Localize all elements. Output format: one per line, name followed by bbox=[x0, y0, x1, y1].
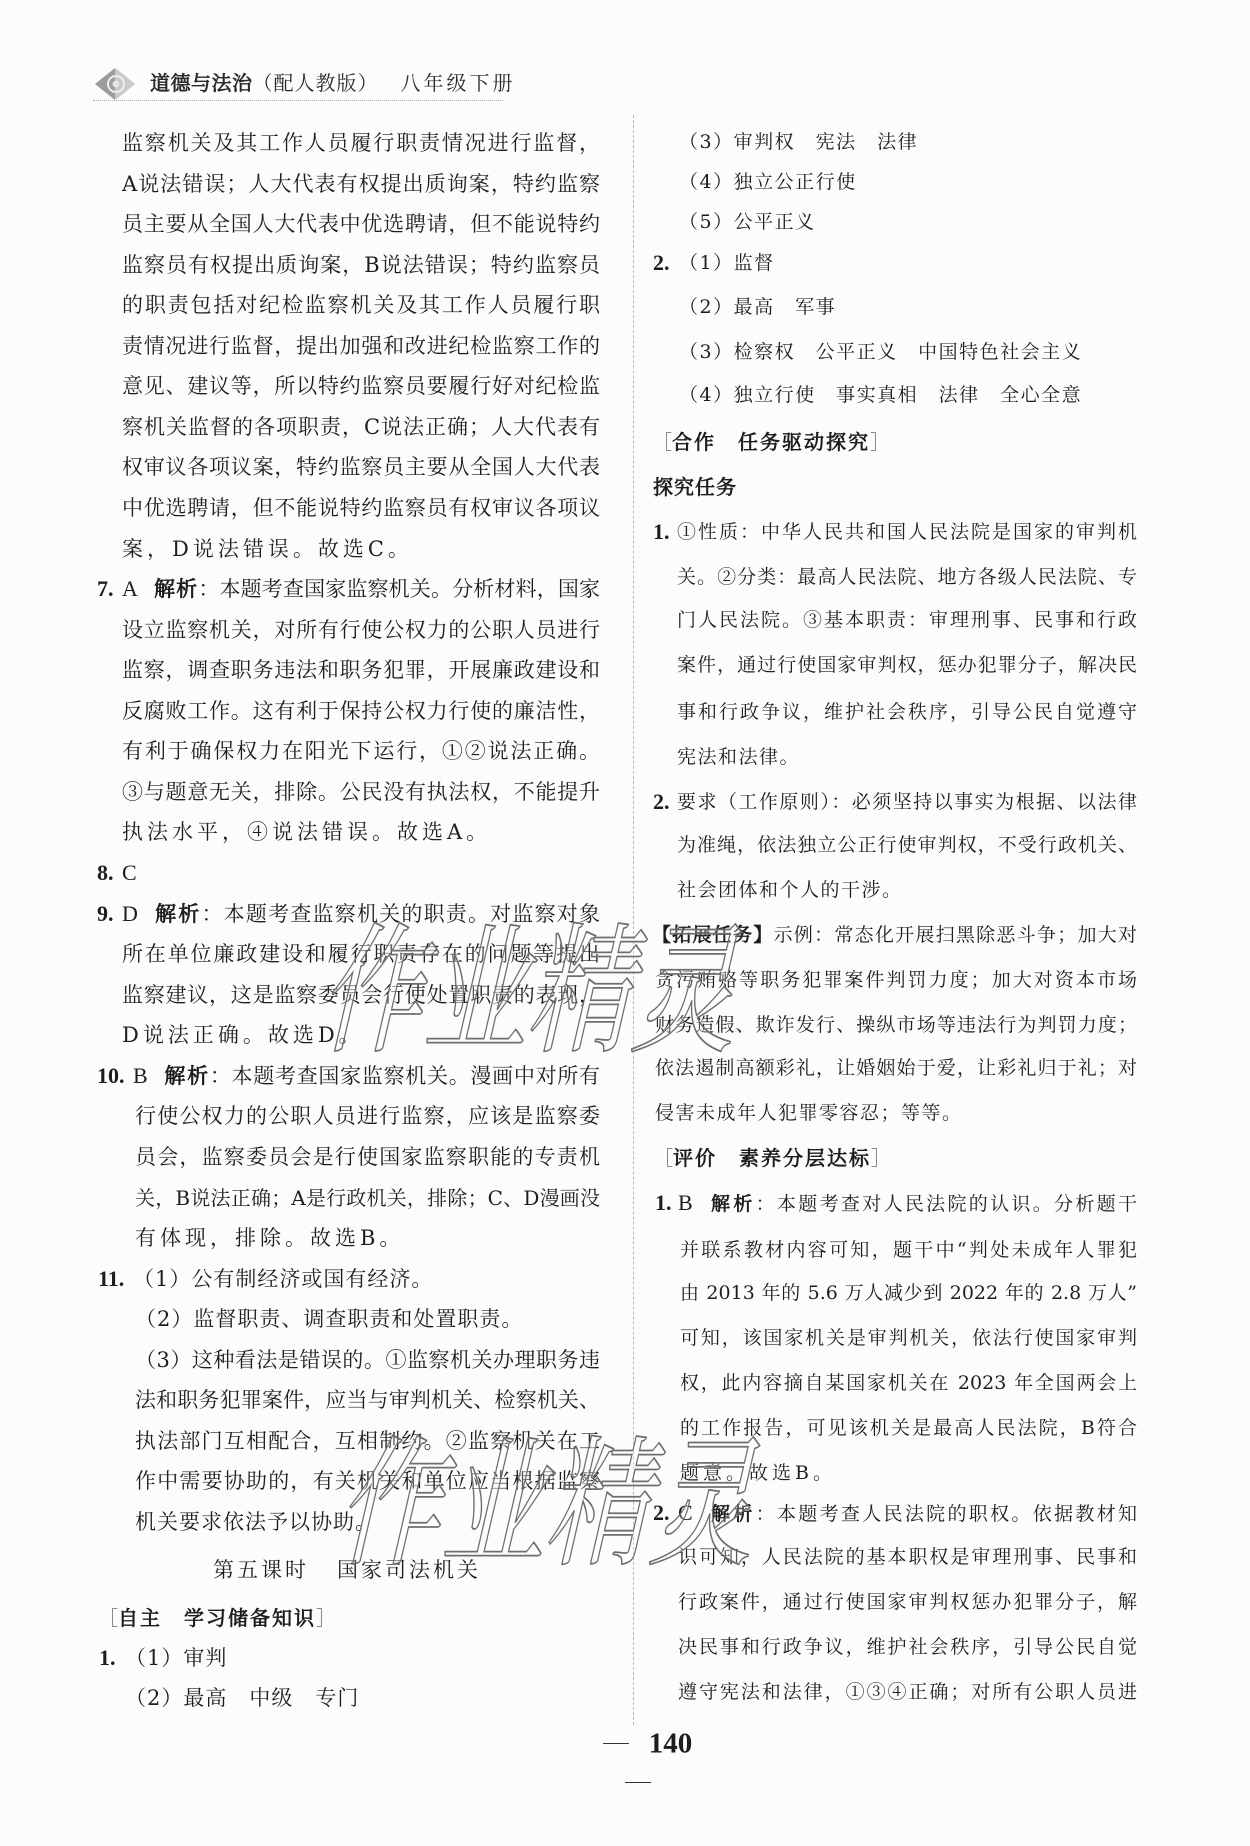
section-title: 素养分层达标 bbox=[739, 1146, 871, 1170]
answer-letter: C bbox=[678, 1500, 693, 1525]
analysis-label: 解析 bbox=[709, 1503, 756, 1525]
answer-letter: B bbox=[133, 1063, 148, 1088]
edition-label: （配人教版） bbox=[253, 71, 379, 95]
evaluate-answer-2-line: 识可知，人民法院的基本职权是审理刑事、民事和 bbox=[678, 1537, 1137, 1577]
section-tag: 合作 bbox=[672, 430, 716, 454]
q6-line: 员主要从全国人大代表中优选聘请，但不能说特约 bbox=[122, 204, 600, 244]
explore-answer-1: 1.①性质：中华人民共和国人民法院是国家的审判机 bbox=[677, 512, 1137, 552]
answer-10: 10.B解析：本题考查国家监察机关。漫画中对所有 bbox=[133, 1056, 600, 1096]
bracket-open: ［ bbox=[652, 430, 672, 454]
analysis-label: 解析 bbox=[164, 1064, 210, 1088]
answer-text: ：本题考查国家监察机关。漫画中对所有 bbox=[210, 1064, 600, 1088]
question-number: 2. bbox=[653, 1493, 670, 1533]
bracket-close: ］ bbox=[870, 430, 890, 454]
answer-2-knowledge-line: （4）独立行使 事实真相 法律 全心全意 bbox=[679, 375, 1137, 415]
answer-1-tail-line: （3）审判权 宪法 法律 bbox=[679, 122, 1137, 162]
section-title: 任务驱动探究 bbox=[738, 430, 870, 454]
q6-line: 监察机关及其工作人员履行职责情况进行监督， bbox=[122, 123, 600, 163]
explore-answer-1-line: 门人民法院。③基本职责：审理刑事、民事和行政 bbox=[677, 600, 1137, 640]
extension-task-line: 依法遏制高额彩礼，让婚姻始于爱，让彩礼归于礼；对 bbox=[655, 1048, 1137, 1088]
explore-answer-1-line: 事和行政争议，维护社会秩序，引导公民自觉遵守 bbox=[677, 692, 1137, 732]
answer-text: ①性质：中华人民共和国人民法院是国家的审判机 bbox=[677, 521, 1137, 543]
running-header: 道德与法治（配人教版）八年级下册 bbox=[93, 64, 503, 101]
evaluate-answer-2: 2.C解析：本题考查人民法院的职权。依据教材知 bbox=[678, 1493, 1137, 1533]
extension-task-line: 侵害未成年人犯罪零容忍；等等。 bbox=[655, 1093, 1137, 1133]
answer-text: ：本题考查人民法院的职权。依据教材知 bbox=[756, 1503, 1137, 1525]
evaluate-answer-1-line: 并联系教材内容可知，题干中“判处未成年人罪犯 bbox=[680, 1230, 1137, 1270]
explore-answer-2: 2.要求（工作原则）：必须坚持以事实为根据、以法律 bbox=[677, 782, 1137, 822]
answer-text: （1）监督 bbox=[679, 252, 775, 274]
answer-11-line: （2）监督职责、调查职责和处置职责。 bbox=[135, 1299, 600, 1339]
bracket-open: ［ bbox=[653, 1146, 673, 1170]
extension-task-line: 贪污贿赂等职务犯罪案件判罚力度；加大对资本市场 bbox=[655, 960, 1137, 1000]
answer-11-line: （3）这种看法是错误的。①监察机关办理职务违 bbox=[135, 1340, 600, 1380]
answer-letter: C bbox=[122, 860, 137, 885]
column-divider bbox=[633, 115, 634, 1725]
answer-7-line: 设立监察机关，对所有行使公权力的公职人员进行 bbox=[122, 610, 600, 650]
evaluate-answer-1-line: 题意。故选B。 bbox=[680, 1453, 1137, 1493]
explore-answer-2-line: 为准绳，依法独立公正行使审判权，不受行政机关、 bbox=[677, 825, 1137, 865]
q6-line: 权审议各项议案，特约监察员主要从全国人大代表 bbox=[122, 447, 600, 487]
answer-10-line: 行使公权力的公职人员进行监察，应该是监察委 bbox=[135, 1096, 600, 1136]
dash-right bbox=[625, 1782, 651, 1783]
evaluate-answer-2-line: 决民事和行政争议，维护社会秩序，引导公民自觉 bbox=[678, 1627, 1137, 1667]
extension-task-line: 财务造假、欺诈发行、操纵市场等违法行为判罚力度； bbox=[655, 1005, 1137, 1045]
diamond-logo-icon bbox=[95, 68, 135, 100]
analysis-label: 解析 bbox=[709, 1193, 756, 1215]
answer-11-line: 执法部门互相配合，互相制约。②监察机关在工 bbox=[135, 1421, 600, 1461]
lesson-title: 第五课时国家司法机关 bbox=[213, 1550, 513, 1590]
q6-line: 意见、建议等，所以特约监察员要履行好对纪检监 bbox=[122, 366, 600, 406]
explore-answer-1-line: 案件，通过行使国家审判权，惩办犯罪分子，解决民 bbox=[677, 645, 1137, 685]
evaluate-answer-2-line: 行政案件，通过行使国家审判权惩办犯罪分子，解 bbox=[678, 1582, 1137, 1622]
question-number: 11. bbox=[98, 1259, 124, 1299]
analysis-label: 解析 bbox=[154, 577, 198, 601]
grade-label: 八年级下册 bbox=[401, 71, 516, 95]
section-tag: 自主 bbox=[118, 1606, 162, 1630]
evaluate-answer-1-line: 权，此内容摘自某国家机关在 2023 年全国两会上 bbox=[680, 1363, 1137, 1403]
section-tag: 评价 bbox=[673, 1146, 717, 1170]
answer-text: ：本题考查监察机关的职责。对监察对象 bbox=[202, 902, 601, 926]
answer-11: 11.（1）公有制经济或国有经济。 bbox=[133, 1259, 600, 1299]
answer-9-line: D说法正确。故选D。 bbox=[122, 1015, 600, 1055]
explore-answer-1-line: 关。②分类：最高人民法院、地方各级人民法院、专 bbox=[677, 557, 1137, 597]
question-number: 9. bbox=[97, 894, 114, 934]
question-number: 8. bbox=[97, 853, 114, 893]
evaluate-answer-1: 1.B解析：本题考查对人民法院的认识。分析题干 bbox=[678, 1183, 1137, 1223]
answer-text: （1）审判 bbox=[125, 1646, 227, 1670]
answer-8: 8.C bbox=[122, 853, 600, 893]
answer-7-line: 反腐败工作。这有利于保持公权力行使的廉洁性， bbox=[122, 691, 600, 731]
explore-answer-1-line: 宪法和法律。 bbox=[677, 737, 1137, 777]
dash-left bbox=[603, 1743, 629, 1744]
answer-10-line: 有体现，排除。故选B。 bbox=[135, 1218, 600, 1258]
section-heading-cooperate: ［合作任务驱动探究］ bbox=[652, 422, 952, 462]
evaluate-answer-1-line: 可知，该国家机关是审判机关，依法行使国家审判 bbox=[680, 1318, 1137, 1358]
answer-10-line: 关，B说法正确；A是行政机关，排除；C、D漫画没 bbox=[135, 1178, 600, 1218]
extension-task-label: 【拓展任务】 bbox=[652, 924, 774, 946]
answer-9-line: 所在单位廉政建设和履行职责存在的问题等提出 bbox=[122, 934, 600, 974]
answer-7: 7.A解析：本题考查国家监察机关。分析材料，国家 bbox=[122, 569, 600, 609]
answer-7-line: 执法水平，④说法错误。故选A。 bbox=[122, 812, 600, 852]
lesson-name: 国家司法机关 bbox=[337, 1558, 481, 1582]
evaluate-answer-1-line: 由 2013 年的 5.6 万人减少到 2022 年的 2.8 万人” bbox=[680, 1273, 1137, 1313]
answer-10-line: 员会，监察委员会是行使国家监察职能的专责机 bbox=[135, 1137, 600, 1177]
page-number: 140 bbox=[649, 1728, 693, 1760]
section-heading-evaluate: ［评价素养分层达标］ bbox=[653, 1138, 953, 1178]
answer-text: （1）公有制经济或国有经济。 bbox=[133, 1267, 433, 1291]
q6-line: 中优选聘请，但不能说特约监察员有权审议各项议 bbox=[122, 488, 600, 528]
question-number: 1. bbox=[655, 1183, 672, 1223]
question-number: 2. bbox=[653, 243, 670, 283]
answer-letter: D bbox=[122, 901, 138, 926]
bracket-close: ］ bbox=[871, 1146, 891, 1170]
answer-2-knowledge-line: （2）最高 军事 bbox=[679, 287, 1137, 327]
question-number: 10. bbox=[97, 1056, 125, 1096]
analysis-label: 解析 bbox=[154, 902, 202, 926]
answer-2-knowledge-line: （3）检察权 公平正义 中国特色社会主义 bbox=[679, 332, 1137, 372]
answer-text: 要求（工作原则）：必须坚持以事实为根据、以法律 bbox=[677, 791, 1137, 813]
extension-task: 【拓展任务】示例：常态化开展扫黑除恶斗争；加大对 bbox=[652, 915, 1137, 955]
book-title: 道德与法治（配人教版）八年级下册 bbox=[150, 68, 516, 98]
answer-letter: A bbox=[122, 576, 138, 601]
answer-text: ：本题考查国家监察机关。分析材料，国家 bbox=[198, 577, 600, 601]
page-number-footer: 140 bbox=[560, 1724, 715, 1762]
question-number: 2. bbox=[653, 782, 670, 822]
question-number: 7. bbox=[97, 569, 114, 609]
question-number: 1. bbox=[653, 512, 670, 552]
answer-text: 示例：常态化开展扫黑除恶斗争；加大对 bbox=[774, 924, 1137, 946]
answer-7-line: 有利于确保权力在阳光下运行，①②说法正确。 bbox=[122, 731, 600, 771]
q6-line: 的职责包括对纪检监察机关及其工作人员履行职 bbox=[122, 285, 600, 325]
evaluate-answer-1-line: 的工作报告，可见该机关是最高人民法院，B符合 bbox=[680, 1408, 1137, 1448]
bracket-open: ［ bbox=[98, 1606, 118, 1630]
q6-line: 察机关监督的各项职责，C说法正确；人大代表有 bbox=[122, 407, 600, 447]
explore-task-title: 探究任务 bbox=[653, 467, 853, 507]
answer-1-knowledge-line: （2）最高 中级 专门 bbox=[125, 1678, 595, 1718]
question-number: 1. bbox=[99, 1638, 116, 1678]
answer-9-line: 监察建议，这是监察委员会行使处置职责的表现， bbox=[122, 975, 600, 1015]
answer-9: 9.D解析：本题考查监察机关的职责。对监察对象 bbox=[122, 894, 600, 934]
q6-line: 案，D说法错误。故选C。 bbox=[122, 529, 600, 569]
answer-letter: B bbox=[678, 1190, 693, 1215]
answer-1-tail-line: （4）独立公正行使 bbox=[679, 162, 1137, 202]
answer-1-knowledge: 1.（1）审判 bbox=[125, 1638, 595, 1678]
answer-11-line: 机关要求依法予以协助。 bbox=[135, 1502, 600, 1542]
section-title: 学习储备知识 bbox=[184, 1606, 316, 1630]
subject-name: 道德与法治 bbox=[150, 71, 253, 95]
section-heading-self-study: ［自主学习储备知识］ bbox=[98, 1598, 398, 1638]
answer-1-tail-line: （5）公平正义 bbox=[679, 202, 1137, 242]
answer-7-line: ③与题意无关，排除。公民没有执法权，不能提升 bbox=[122, 772, 600, 812]
q6-line: 责情况进行监督，提出加强和改进纪检监察工作的 bbox=[122, 326, 600, 366]
answer-11-line: 作中需要协助的，有关机关和单位应当根据监察 bbox=[135, 1461, 600, 1501]
answer-text: ：本题考查对人民法院的认识。分析题干 bbox=[756, 1193, 1137, 1215]
explore-answer-2-line: 社会团体和个人的干涉。 bbox=[677, 870, 1137, 910]
q6-line: A说法错误；人大代表有权提出质询案，特约监察 bbox=[122, 164, 600, 204]
evaluate-answer-2-line: 遵守宪法和法律，①③④正确；对所有公职人员进 bbox=[678, 1672, 1137, 1712]
answer-11-line: 法和职务犯罪案件，应当与审判机关、检察机关、 bbox=[135, 1380, 600, 1420]
answer-2-knowledge: 2.（1）监督 bbox=[679, 243, 1137, 283]
answer-7-line: 监察，调查职务违法和职务犯罪，开展廉政建设和 bbox=[122, 650, 600, 690]
lesson-number: 第五课时 bbox=[213, 1558, 309, 1582]
q6-line: 监察员有权提出质询案，B说法错误；特约监察员 bbox=[122, 245, 600, 285]
bracket-close: ］ bbox=[316, 1606, 336, 1630]
